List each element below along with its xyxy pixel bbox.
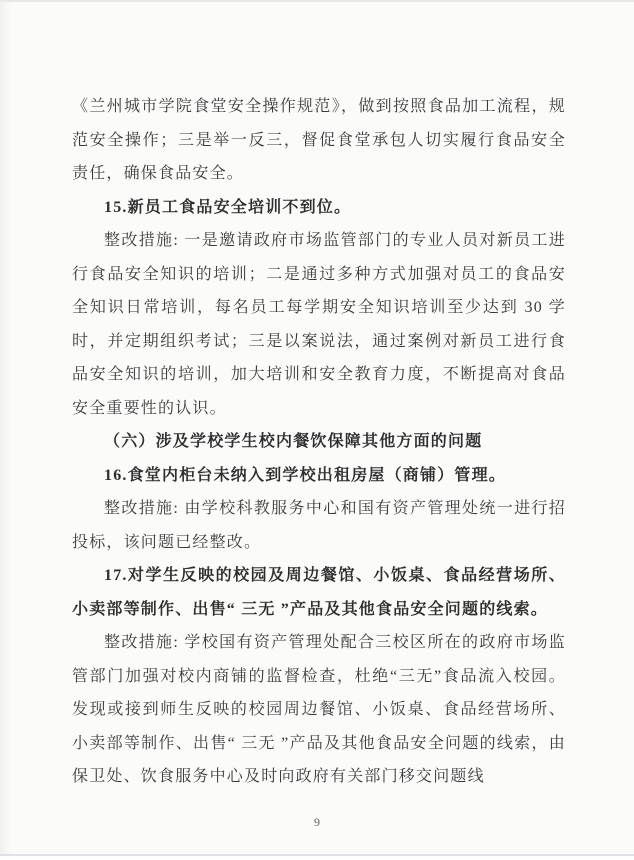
section-6-heading: （六）涉及学校学生校内餐饮保障其他方面的问题 (72, 425, 566, 459)
item-16-heading: 16.食堂内柜台未纳入到学校出租房屋（商铺）管理。 (72, 459, 566, 493)
paragraph-continuation: 《兰州城市学院食堂安全操作规范》，做到按照食品加工流程，规范安全操作；三是举一反… (72, 90, 566, 191)
rectification-paragraph-17: 整改措施: 学校国有资产管理处配合三校区所在的政府市场监管部门加强对校内商铺的监… (72, 626, 566, 794)
item-17-heading: 17.对学生反映的校园及周边餐馆、小饭桌、食品经营场所、小卖部等制作、出售“ 三… (72, 559, 566, 626)
item-15-heading: 15.新员工食品安全培训不到位。 (72, 191, 566, 225)
document-page: 《兰州城市学院食堂安全操作规范》，做到按照食品加工流程，规范安全操作；三是举一反… (0, 0, 634, 860)
document-body: 《兰州城市学院食堂安全操作规范》，做到按照食品加工流程，规范安全操作；三是举一反… (72, 90, 566, 794)
page-number: 9 (0, 815, 634, 830)
rectification-paragraph-15: 整改措施: 一是邀请政府市场监管部门的专业人员对新员工进行食品安全知识的培训；二… (72, 224, 566, 425)
rectification-paragraph-16: 整改措施: 由学校科教服务中心和国有资产管理处统一进行招投标，该问题已经整改。 (72, 492, 566, 559)
